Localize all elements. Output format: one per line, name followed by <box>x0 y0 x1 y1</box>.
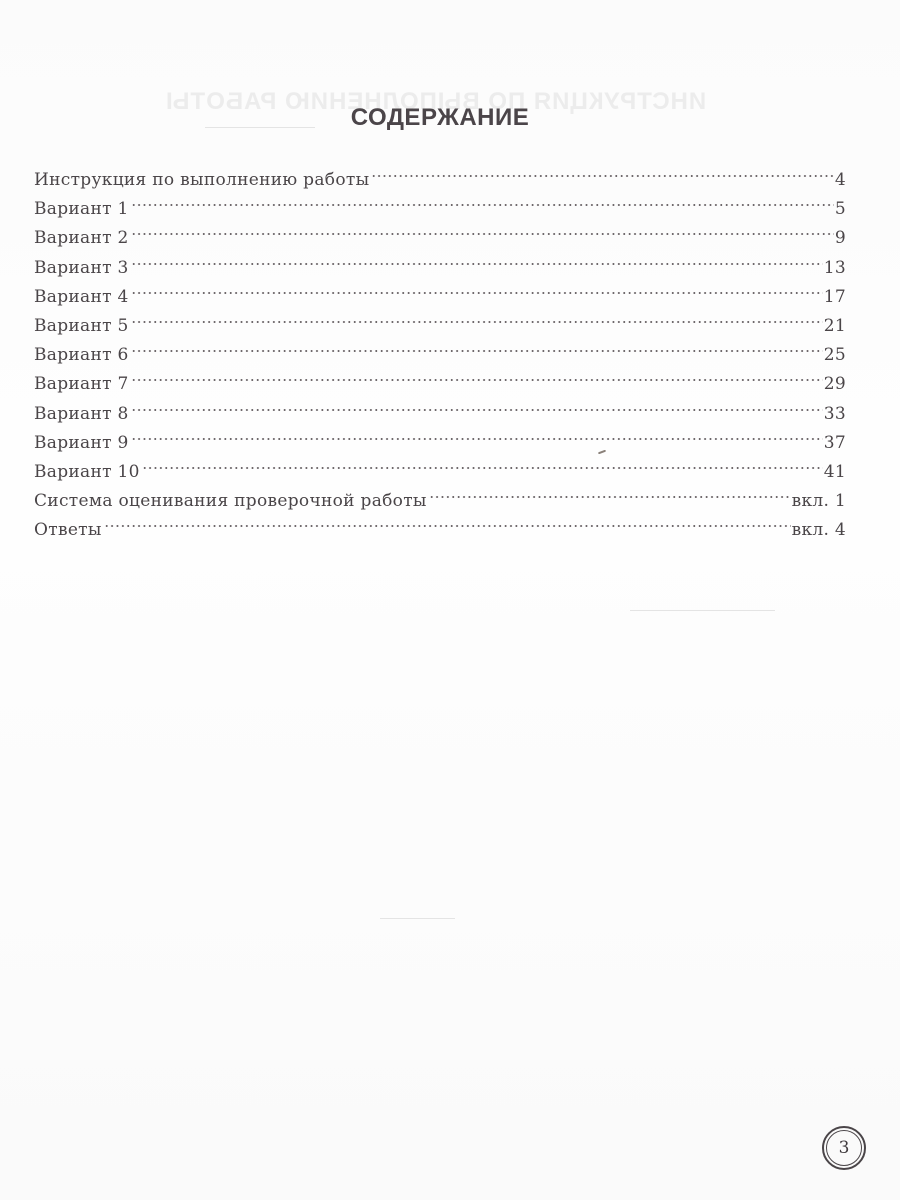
toc-entry[interactable]: Инструкция по выполнению работы 4 <box>34 156 846 185</box>
toc-entry-label: Вариант 7 <box>34 370 131 399</box>
dot-leader <box>104 506 791 535</box>
bleed-through-rule <box>630 610 775 611</box>
dot-leader <box>131 331 823 360</box>
toc-entry[interactable]: Вариант 4 17 <box>34 273 846 302</box>
toc-entry-page: 9 <box>834 224 846 253</box>
dot-leader <box>429 477 791 506</box>
toc-entry-page: вкл. 1 <box>791 487 846 516</box>
toc-entry[interactable]: Вариант 2 9 <box>34 214 846 243</box>
dot-leader <box>131 214 834 243</box>
toc-entry[interactable]: Вариант 3 13 <box>34 244 846 273</box>
dot-leader <box>131 360 823 389</box>
toc-entry[interactable]: Вариант 10 41 <box>34 448 846 477</box>
toc-entry-page: 4 <box>834 166 846 195</box>
toc-entry-label: Вариант 3 <box>34 254 131 283</box>
toc-entry-page: 37 <box>823 429 846 458</box>
page-number: 3 <box>824 1128 864 1168</box>
toc-entry-label: Вариант 9 <box>34 429 131 458</box>
toc-entry[interactable]: Вариант 5 21 <box>34 302 846 331</box>
toc-entry-page: 25 <box>823 341 846 370</box>
toc-entry-page: 41 <box>823 458 846 487</box>
table-of-contents: Инструкция по выполнению работы 4 Вариан… <box>34 156 846 535</box>
toc-entry-page: 21 <box>823 312 846 341</box>
toc-entry-label: Вариант 5 <box>34 312 131 341</box>
toc-entry[interactable]: Вариант 8 33 <box>34 390 846 419</box>
page-title: СОДЕРЖАНИЕ <box>0 104 880 132</box>
dot-leader <box>131 419 823 448</box>
toc-entry-page: 29 <box>823 370 846 399</box>
toc-entry-label: Вариант 2 <box>34 224 131 253</box>
dot-leader <box>131 185 834 214</box>
toc-entry-page: 33 <box>823 400 846 429</box>
toc-entry-label: Вариант 10 <box>34 458 142 487</box>
document-page: ИНСТРУКЦИЯ ПО ВЫПОЛНЕНИЮ РАБОТЫ СОДЕРЖАН… <box>0 0 900 1200</box>
dot-leader <box>371 156 833 185</box>
toc-entry[interactable]: Вариант 6 25 <box>34 331 846 360</box>
page-number-badge: 3 <box>822 1126 866 1170</box>
toc-entry[interactable]: Вариант 7 29 <box>34 360 846 389</box>
bleed-through-rule <box>380 918 455 919</box>
dot-leader <box>131 244 823 273</box>
toc-entry[interactable]: Вариант 9 37 <box>34 419 846 448</box>
toc-entry-page: 5 <box>834 195 846 224</box>
toc-entry-page: 13 <box>823 254 846 283</box>
toc-entry-label: Ответы <box>34 516 104 545</box>
toc-entry-label: Вариант 8 <box>34 400 131 429</box>
toc-entry-label: Вариант 1 <box>34 195 131 224</box>
dot-leader <box>142 448 823 477</box>
dot-leader <box>131 273 823 302</box>
toc-entry-label: Вариант 6 <box>34 341 131 370</box>
toc-entry[interactable]: Система оценивания проверочной работы вк… <box>34 477 846 506</box>
toc-entry-label: Вариант 4 <box>34 283 131 312</box>
toc-entry-page: вкл. 4 <box>791 516 846 545</box>
toc-entry[interactable]: Вариант 1 5 <box>34 185 846 214</box>
dot-leader <box>131 302 823 331</box>
toc-entry-page: 17 <box>823 283 846 312</box>
toc-entry[interactable]: Ответы вкл. 4 <box>34 506 846 535</box>
dot-leader <box>131 390 823 419</box>
